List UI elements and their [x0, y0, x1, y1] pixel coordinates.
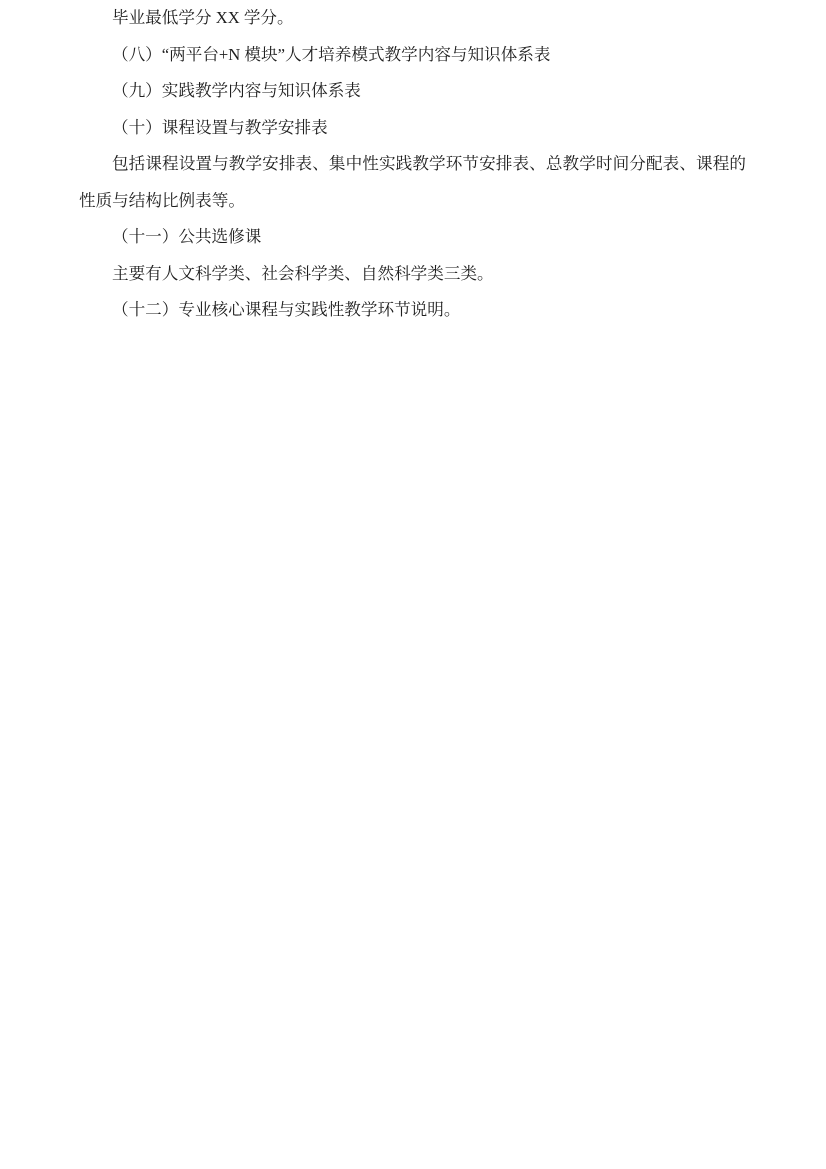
- paragraph-heading-12: （十二）专业核心课程与实践性教学环节说明。: [79, 292, 746, 329]
- paragraph-graduation-credits: 毕业最低学分 XX 学分。: [79, 0, 746, 37]
- paragraph-heading-8: （八）“两平台+N 模块”人才培养模式教学内容与知识体系表: [79, 37, 746, 74]
- paragraph-heading-11: （十一）公共选修课: [79, 219, 746, 256]
- paragraph-heading-9: （九）实践教学内容与知识体系表: [79, 73, 746, 110]
- document-page: 毕业最低学分 XX 学分。 （八）“两平台+N 模块”人才培养模式教学内容与知识…: [0, 0, 826, 1169]
- paragraph-heading-10-detail: 包括课程设置与教学安排表、集中性实践教学环节安排表、总教学时间分配表、课程的性质…: [79, 146, 746, 219]
- paragraph-heading-11-detail: 主要有人文科学类、社会科学类、自然科学类三类。: [79, 256, 746, 293]
- paragraph-heading-10: （十）课程设置与教学安排表: [79, 110, 746, 147]
- document-body-text: 毕业最低学分 XX 学分。 （八）“两平台+N 模块”人才培养模式教学内容与知识…: [79, 0, 746, 329]
